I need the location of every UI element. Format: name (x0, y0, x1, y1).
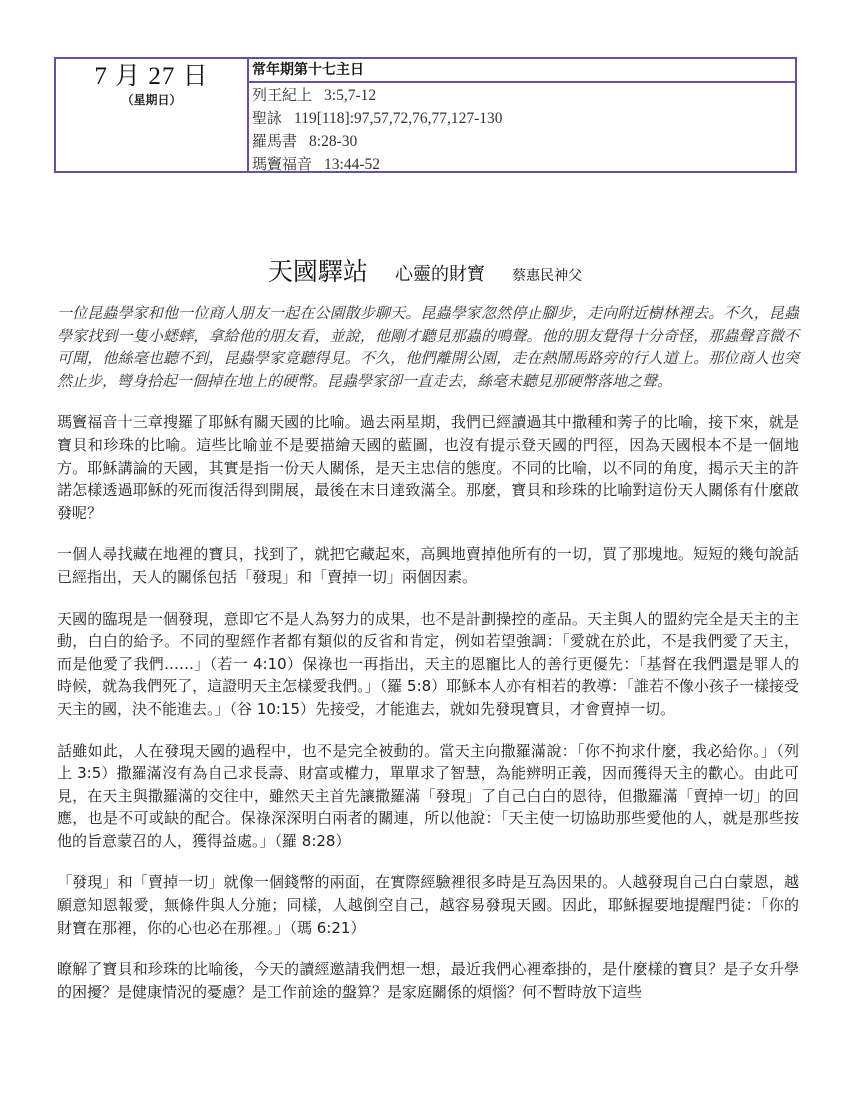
body-paragraph: 瞭解了寶貝和珍珠的比喻後，今天的讀經邀請我們想一想，最近我們心裡牽掛的，是什麼樣… (57, 958, 799, 1003)
body-paragraph: 天國的臨現是一個發現，意即它不是人為努力的成果，也不是計劃操控的產品。天主與人的… (57, 608, 799, 721)
reading-ref: 119[118]:97,57,72,76,77,127-130 (294, 110, 503, 127)
reading-book: 列王紀上 (252, 86, 312, 104)
body-paragraph: 「發現」和「賣掉一切」就像一個錢幣的兩面，在實際經驗裡很多時是互為因果的。人越發… (57, 871, 799, 939)
intro-paragraph: 一位昆蟲學家和他一位商人朋友一起在公園散步聊天。昆蟲學家忽然停止腳步，走向附近樹… (57, 302, 799, 392)
body-paragraph: 話雖如此，人在發現天國的過程中，也不是完全被動的。當天主向撒羅滿說：「你不拘求什… (57, 740, 799, 853)
body-paragraph: 瑪竇福音十三章搜羅了耶穌有關天國的比喻。過去兩星期，我們已經讀過其中撒種和莠子的… (57, 411, 799, 524)
reading-first: 列王紀上3:5,7-12 (252, 84, 795, 107)
readings-table: 7 月 27 日 （星期日） 常年期第十七主日 列王紀上3:5,7-12 聖詠1… (54, 57, 797, 173)
reading-book: 瑪竇福音 (252, 155, 312, 173)
reading-ref: 8:28-30 (309, 133, 357, 150)
liturgy-title: 常年期第十七主日 (249, 59, 795, 83)
reading-second: 羅馬書8:28-30 (252, 130, 795, 153)
article-body: 一位昆蟲學家和他一位商人朋友一起在公園散步聊天。昆蟲學家忽然停止腳步，走向附近樹… (57, 302, 799, 1022)
reading-book: 羅馬書 (252, 132, 297, 150)
liturgy-info-cell: 常年期第十七主日 列王紀上3:5,7-12 聖詠119[118]:97,57,7… (249, 59, 795, 171)
article-title: 心靈的財寶 (395, 264, 485, 285)
reading-ref: 13:44-52 (324, 156, 380, 173)
article-header: 天國驛站 心靈的財寶 蔡惠民神父 (0, 252, 850, 288)
weekday-label: （星期日） (56, 92, 247, 108)
reading-book: 聖詠 (252, 109, 282, 127)
reading-ref: 3:5,7-12 (324, 87, 376, 104)
article-author: 蔡惠民神父 (512, 268, 582, 284)
date-cell: 7 月 27 日 （星期日） (56, 59, 249, 171)
reading-psalm: 聖詠119[118]:97,57,72,76,77,127-130 (252, 107, 795, 130)
body-paragraph: 一個人尋找藏在地裡的寶貝，找到了，就把它藏起來，高興地賣掉他所有的一切，買了那塊… (57, 543, 799, 588)
readings-list: 列王紀上3:5,7-12 聖詠119[118]:97,57,72,76,77,1… (249, 83, 795, 176)
reading-gospel: 瑪竇福音13:44-52 (252, 153, 795, 176)
date-label: 7 月 27 日 (56, 62, 247, 92)
column-name: 天國驛站 (268, 257, 368, 286)
